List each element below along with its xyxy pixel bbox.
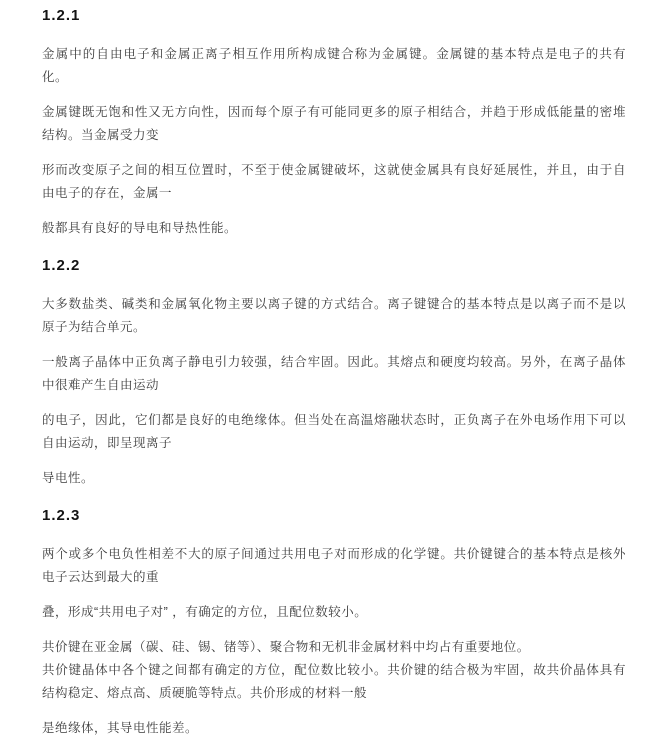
paragraph: 形而改变原子之间的相互位置时，不至于使金属键破坏，这就使金属具有良好延展性，并且… — [42, 159, 626, 205]
section-heading: 1.2.2 — [42, 256, 626, 276]
paragraph: 导电性。 — [42, 467, 626, 490]
section-covalent-bond: 1.2.3 两个或多个电负性相差不大的原子间通过共用电子对而形成的化学键。共价键… — [42, 506, 626, 740]
document-page: 1.2.1 金属中的自由电子和金属正离子相互作用所构成键合称为金属键。金属键的基… — [0, 0, 662, 742]
section-heading: 1.2.3 — [42, 506, 626, 526]
paragraph: 大多数盐类、碱类和金属氧化物主要以离子键的方式结合。离子键键合的基本特点是以离子… — [42, 293, 626, 339]
paragraph: 的电子，因此，它们都是良好的电绝缘体。但当处在高温熔融状态时，正负离子在外电场作… — [42, 409, 626, 455]
paragraph: 两个或多个电负性相差不大的原子间通过共用电子对而形成的化学键。共价键键合的基本特… — [42, 543, 626, 589]
section-metallic-bond: 1.2.1 金属中的自由电子和金属正离子相互作用所构成键合称为金属键。金属键的基… — [42, 6, 626, 240]
paragraph: 共价键在亚金属（碳、硅、锡、锗等）、聚合物和无机非金属材料中均占有重要地位。 — [42, 636, 626, 659]
section-heading: 1.2.1 — [42, 6, 626, 26]
paragraph: 金属键既无饱和性又无方向性，因而每个原子有可能同更多的原子相结合，并趋于形成低能… — [42, 101, 626, 147]
paragraph: 般都具有良好的导电和导热性能。 — [42, 217, 626, 240]
paragraph: 金属中的自由电子和金属正离子相互作用所构成键合称为金属键。金属键的基本特点是电子… — [42, 43, 626, 89]
paragraph: 共价键晶体中各个键之间都有确定的方位，配位数比较小。共价键的结合极为牢固，故共价… — [42, 659, 626, 705]
section-ionic-bond: 1.2.2 大多数盐类、碱类和金属氧化物主要以离子键的方式结合。离子键键合的基本… — [42, 256, 626, 490]
paragraph: 一般离子晶体中正负离子静电引力较强，结合牢固。因此。其熔点和硬度均较高。另外，在… — [42, 351, 626, 397]
paragraph: 是绝缘体，其导电性能差。 — [42, 717, 626, 740]
paragraph: 叠，形成“共用电子对” ，有确定的方位，且配位数较小。 — [42, 601, 626, 624]
